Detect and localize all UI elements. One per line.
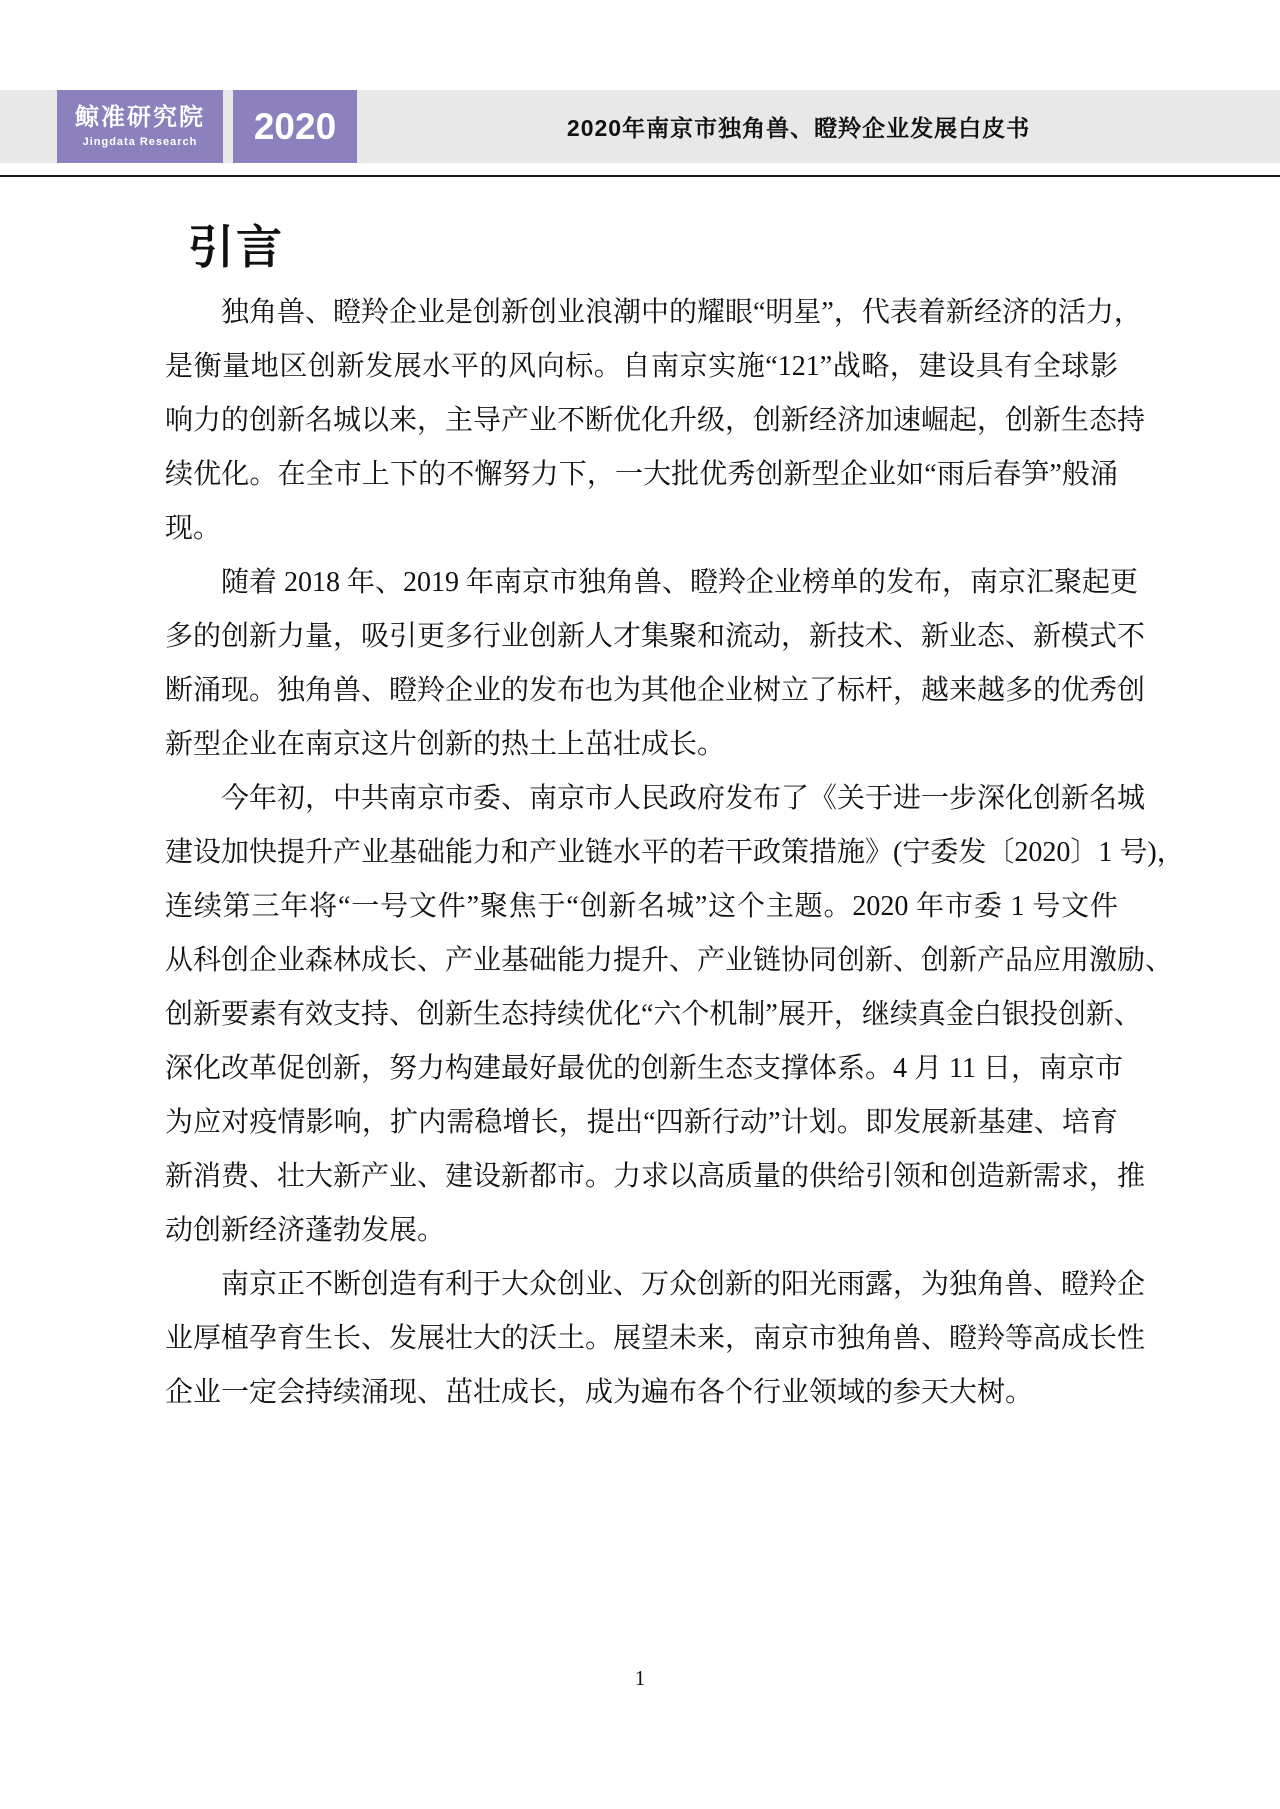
- paragraph: 独角兽、瞪羚企业是创新创业浪潮中的耀眼“明星”，代表着新经济的活力，是衡量地区创…: [165, 286, 1118, 556]
- text-line: 现。: [165, 502, 1118, 556]
- text-line: 随着 2018 年、2019 年南京市独角兽、瞪羚企业榜单的发布，南京汇聚起更: [165, 556, 1118, 610]
- paragraph: 随着 2018 年、2019 年南京市独角兽、瞪羚企业榜单的发布，南京汇聚起更多…: [165, 556, 1118, 772]
- text-line: 今年初，中共南京市委、南京市人民政府发布了《关于进一步深化创新名城: [165, 772, 1118, 826]
- text-line: 独角兽、瞪羚企业是创新创业浪潮中的耀眼“明星”，代表着新经济的活力，: [165, 286, 1118, 340]
- text-line: 创新要素有效支持、创新生态持续优化“六个机制”展开，继续真金白银投创新、: [165, 988, 1118, 1042]
- logo-cn-text: 鲸准研究院: [75, 105, 205, 131]
- text-line: 是衡量地区创新发展水平的风向标。自南京实施“121”战略，建设具有全球影: [165, 340, 1118, 394]
- text-line: 南京正不断创造有利于大众创业、万众创新的阳光雨露，为独角兽、瞪羚企: [165, 1258, 1118, 1312]
- text-line: 新型企业在南京这片创新的热土上茁壮成长。: [165, 718, 1118, 772]
- text-line: 为应对疫情影响，扩内需稳增长，提出“四新行动”计划。即发展新基建、培育: [165, 1096, 1118, 1150]
- text-line: 新消费、壮大新产业、建设新都市。力求以高质量的供给引领和创造新需求，推: [165, 1150, 1118, 1204]
- page-number: 1: [0, 1666, 1280, 1691]
- text-line: 建设加快提升产业基础能力和产业链水平的若干政策措施》(宁委发〔2020〕1 号)…: [165, 826, 1118, 880]
- text-line: 连续第三年将“一号文件”聚焦于“创新名城”这个主题。2020 年市委 1 号文件: [165, 880, 1118, 934]
- text-line: 断涌现。独角兽、瞪羚企业的发布也为其他企业树立了标杆，越来越多的优秀创: [165, 664, 1118, 718]
- text-line: 深化改革促创新，努力构建最好最优的创新生态支撑体系。4 月 11 日，南京市: [165, 1042, 1118, 1096]
- text-line: 从科创企业森林成长、产业基础能力提升、产业链协同创新、创新产品应用激励、: [165, 934, 1118, 988]
- section-heading: 引言: [188, 222, 284, 273]
- logo-en-text: Jingdata Research: [83, 136, 198, 148]
- header-band: 鲸准研究院 Jingdata Research 2020 2020年南京市独角兽…: [0, 90, 1280, 163]
- document-page: 鲸准研究院 Jingdata Research 2020 2020年南京市独角兽…: [0, 0, 1280, 1809]
- text-line: 业厚植孕育生长、发展壮大的沃土。展望未来，南京市独角兽、瞪羚等高成长性: [165, 1312, 1118, 1366]
- paragraph: 南京正不断创造有利于大众创业、万众创新的阳光雨露，为独角兽、瞪羚企业厚植孕育生长…: [165, 1258, 1118, 1420]
- header-divider: [0, 175, 1280, 177]
- document-title: 2020年南京市独角兽、瞪羚企业发展白皮书: [357, 90, 1280, 163]
- body-paragraphs: 独角兽、瞪羚企业是创新创业浪潮中的耀眼“明星”，代表着新经济的活力，是衡量地区创…: [165, 286, 1118, 1420]
- text-line: 多的创新力量，吸引更多行业创新人才集聚和流动，新技术、新业态、新模式不: [165, 610, 1118, 664]
- text-line: 动创新经济蓬勃发展。: [165, 1204, 1118, 1258]
- paragraph: 今年初，中共南京市委、南京市人民政府发布了《关于进一步深化创新名城建设加快提升产…: [165, 772, 1118, 1258]
- text-line: 续优化。在全市上下的不懈努力下，一大批优秀创新型企业如“雨后春笋”般涌: [165, 448, 1118, 502]
- text-line: 响力的创新名城以来，主导产业不断优化升级，创新经济加速崛起，创新生态持: [165, 394, 1118, 448]
- logo: 鲸准研究院 Jingdata Research: [57, 90, 223, 163]
- year-badge: 2020: [233, 90, 357, 163]
- text-line: 企业一定会持续涌现、茁壮成长，成为遍布各个行业领域的参天大树。: [165, 1366, 1118, 1420]
